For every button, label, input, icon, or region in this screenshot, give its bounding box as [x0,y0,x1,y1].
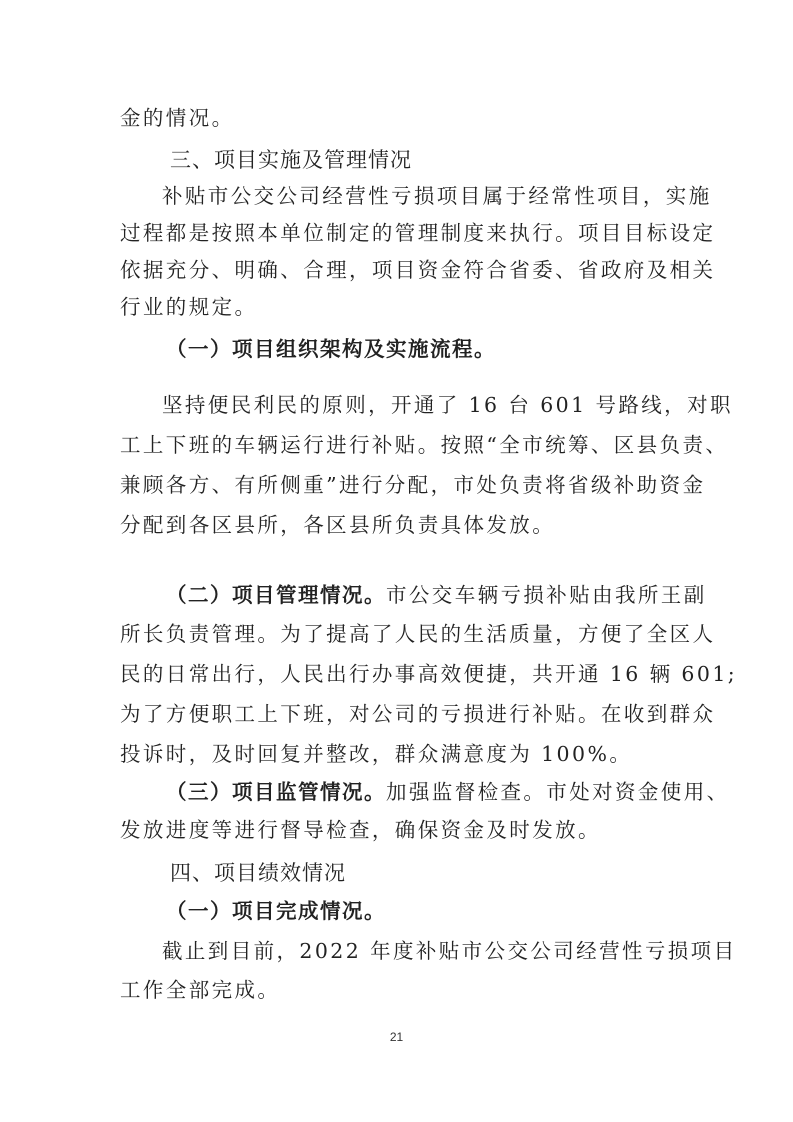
paragraph-line: 所长负责管理。为了提高了人民的生活质量，方便了全区人 [120,620,675,648]
subsection-heading-3: （三）项目监管情况。 [166,780,386,804]
paragraph-line: 发放进度等进行督导检查，确保资金及时发放。 [120,816,675,844]
paragraph-line: 坚持便民利民的原则，开通了 16 台 601 号路线，对职 [162,391,675,419]
section-heading-3: 三、项目实施及管理情况 [170,146,683,174]
subsection-heading-2: （二）项目管理情况。 [166,583,386,607]
paragraph-line: 补贴市公交公司经营性亏损项目属于经常性项目，实施 [162,182,675,210]
subsection-heading-1: （一）项目组织架构及实施流程。 [166,335,679,363]
paragraph-text: 加强监督检查。市处对资金使用、 [386,780,730,804]
paragraph-line: 分配到各区县所，各区县所负责具体发放。 [120,511,675,539]
paragraph-text: 市公交车辆亏损补贴由我所王副 [386,583,707,607]
paragraph-line: 依据充分、明确、合理，项目资金符合省委、省政府及相关 [120,256,675,284]
paragraph-line: 投诉时，及时回复并整改，群众满意度为 100%。 [120,740,675,768]
subsection-heading-4-1: （一）项目完成情况。 [166,897,679,925]
paragraph-line: （三）项目监管情况。加强监督检查。市处对资金使用、 [166,778,679,806]
paragraph-line: 工作全部完成。 [120,976,675,1004]
paragraph-line: 截止到目前，2022 年度补贴市公交公司经营性亏损项目 [162,937,675,965]
paragraph-line: 为了方便职工上下班，对公司的亏损进行补贴。在收到群众 [120,700,675,728]
paragraph-line: （二）项目管理情况。市公交车辆亏损补贴由我所王副 [166,581,679,609]
page-number: 21 [0,1030,793,1044]
paragraph-line: 兼顾各方、有所侧重”进行分配，市处负责将省级补助资金 [120,471,675,499]
paragraph-line: 民的日常出行，人民出行办事高效便捷，共开通 16 辆 601; [120,660,675,688]
paragraph-line: 过程都是按照本单位制定的管理制度来执行。项目目标设定 [120,219,675,247]
paragraph-line: 工上下班的车辆运行进行补贴。按照“全市统筹、区县负责、 [120,431,675,459]
paragraph-line: 金的情况。 [120,104,675,132]
paragraph-line: 行业的规定。 [120,293,675,321]
section-heading-4: 四、项目绩效情况 [170,859,683,887]
